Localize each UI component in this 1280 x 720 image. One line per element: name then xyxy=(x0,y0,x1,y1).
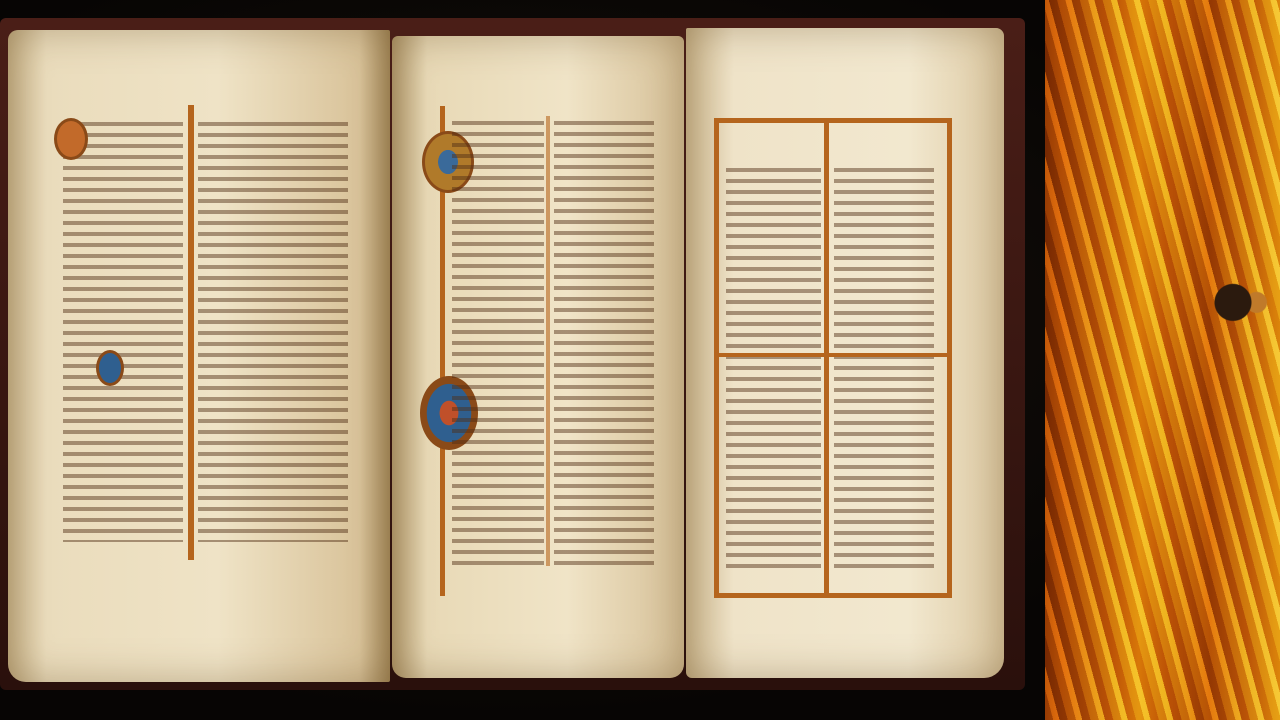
middle-manuscript-page xyxy=(392,36,684,678)
gold-divider xyxy=(188,105,194,560)
text-column xyxy=(554,121,654,571)
right-manuscript-page xyxy=(686,28,1004,678)
column-divider xyxy=(546,116,550,566)
left-manuscript-page xyxy=(8,30,390,682)
gilded-ornament-panel xyxy=(1045,0,1280,720)
text-column xyxy=(452,121,544,571)
blue-initial xyxy=(96,350,124,386)
text-column xyxy=(726,168,821,568)
frame-cross-bar xyxy=(714,353,947,357)
frame-center-bar xyxy=(824,118,829,598)
text-column xyxy=(198,122,348,542)
text-column xyxy=(63,122,183,542)
text-column xyxy=(834,168,934,568)
decorated-initial xyxy=(54,118,88,160)
